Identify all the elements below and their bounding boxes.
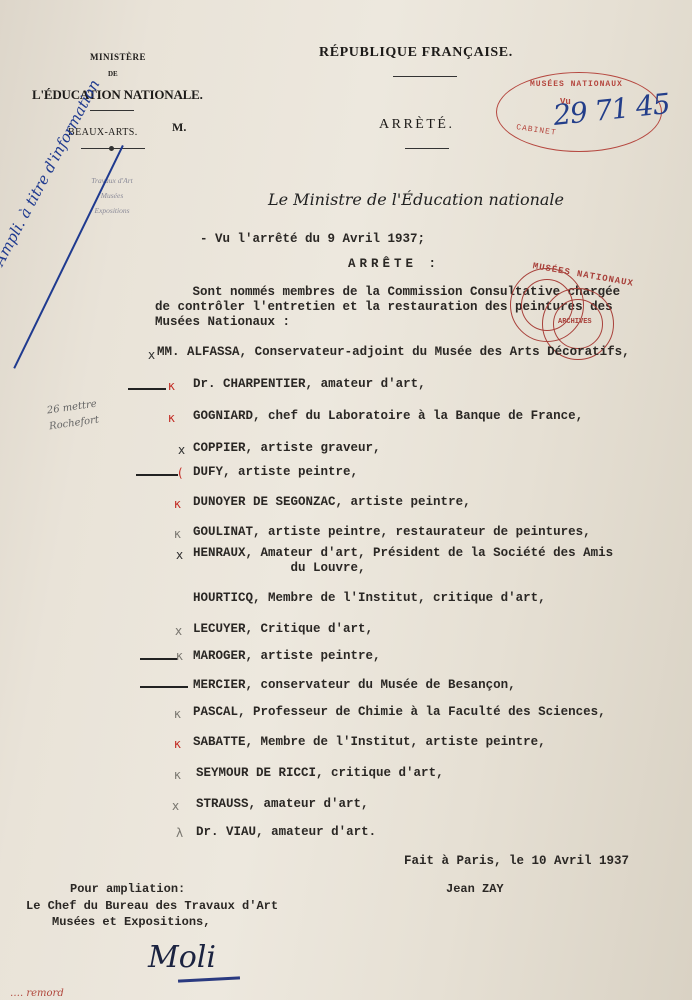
place-date: Fait à Paris, le 10 Avril 1937 (404, 854, 629, 868)
office-stamp-line: Travaux d'Art (67, 173, 157, 188)
received-stamp-top-text: MUSÉES NATIONAUX (530, 80, 623, 89)
member-name: GOGNIARD (193, 409, 253, 423)
member-role: artiste peintre, (238, 465, 358, 479)
office-stamp: Travaux d'Art Musées Expositions (67, 173, 157, 218)
member-row: GOULINAT, artiste peintre, restaurateur … (193, 525, 591, 539)
check-mark-icon: κ (168, 379, 175, 393)
member-name: STRAUSS (196, 797, 249, 811)
minister-heading: Le Ministre de l'Éducation nationale (268, 190, 564, 209)
member-role: artiste peintre, restaurateur de peintur… (268, 525, 591, 539)
member-role: Membre de l'Institut, critique d'art, (268, 591, 546, 605)
member-role: Amateur d'art, Président de la Société d… (193, 546, 613, 575)
member-row: MM. ALFASSA, Conservateur-adjoint du Mus… (157, 345, 630, 359)
check-mark-icon: κ (174, 707, 181, 721)
check-mark-icon: λ (176, 826, 183, 840)
signatory-name: Jean ZAY (446, 882, 504, 896)
member-name: HENRAUX (193, 546, 246, 560)
check-mark-icon: κ (174, 527, 181, 541)
member-name: SEYMOUR DE RICCI (196, 766, 316, 780)
member-name: LECUYER (193, 622, 246, 636)
member-name: MAROGER (193, 649, 246, 663)
handwritten-signature: Moli (148, 940, 216, 975)
member-row: PASCAL, Professeur de Chimie à la Facult… (193, 705, 606, 719)
member-row: MERCIER, conservateur du Musée de Besanç… (193, 678, 516, 692)
signature-underline (178, 976, 240, 982)
member-prefix: MM. (157, 345, 180, 359)
member-role: amateur d'art. (271, 825, 376, 839)
ministry-line-2: DE (108, 70, 118, 78)
ornamental-rule (90, 110, 134, 111)
member-role: Conservateur-adjoint du Musée des Arts D… (255, 345, 630, 359)
member-role: artiste peintre, (351, 495, 471, 509)
member-name: ALFASSA (187, 345, 240, 359)
check-mark-icon: κ (174, 737, 181, 751)
addressee-label: M. (172, 120, 186, 135)
member-name: GOULINAT (193, 525, 253, 539)
ornamental-rule (393, 76, 457, 77)
member-row: DUFY, artiste peintre, (193, 465, 358, 479)
member-row: HENRAUX, Amateur d'art, Président de la … (193, 546, 613, 576)
member-row: MAROGER, artiste peintre, (193, 649, 381, 663)
check-mark-icon: x (175, 624, 182, 638)
member-role: conservateur du Musée de Besançon, (261, 678, 516, 692)
office-stamp-line: Musées (67, 188, 157, 203)
member-role: Membre de l'Institut, artiste peintre, (261, 735, 546, 749)
member-row: Dr. VIAU, amateur d'art. (196, 825, 376, 839)
ornamental-rule (81, 148, 145, 149)
ministry-line-1: MINISTÈRE (90, 52, 146, 62)
check-mark-icon: ( (178, 466, 183, 480)
member-row: GOGNIARD, chef du Laboratoire à la Banqu… (193, 409, 583, 423)
ornamental-rule (405, 148, 449, 149)
check-mark-icon: κ (176, 649, 183, 663)
member-row: SABATTE, Membre de l'Institut, artiste p… (193, 735, 546, 749)
member-name: PASCAL (193, 705, 238, 719)
check-mark-icon: x (176, 548, 183, 562)
arrete-clause: ARRÊTE : (348, 257, 440, 271)
check-mark-icon: x (178, 443, 185, 457)
member-role: amateur d'art, (321, 377, 426, 391)
vu-clause: - Vu l'arrêté du 9 Avril 1937; (200, 232, 425, 246)
handwritten-grey-note: 26 mettre Rochefort (46, 397, 100, 436)
ampliation-line-1: Pour ampliation: (70, 882, 185, 896)
office-stamp-line: Expositions (67, 203, 157, 218)
member-role: critique d'art, (331, 766, 444, 780)
republic-heading: RÉPUBLIQUE FRANÇAISE. (319, 45, 513, 61)
strike-dash (140, 658, 178, 660)
member-name: SABATTE (193, 735, 246, 749)
member-role: amateur d'art, (264, 797, 369, 811)
archive-stamp-label: ARCHIVES (558, 318, 592, 326)
member-row: STRAUSS, amateur d'art, (196, 797, 369, 811)
member-name: MERCIER (193, 678, 246, 692)
member-row: HOURTICQ, Membre de l'Institut, critique… (193, 591, 546, 605)
member-role: artiste graveur, (261, 441, 381, 455)
check-mark-icon: κ (174, 497, 181, 511)
ministry-name: L'ÉDUCATION NATIONALE. (32, 87, 203, 103)
member-role: Critique d'art, (261, 622, 374, 636)
member-role: chef du Laboratoire à la Banque de Franc… (268, 409, 583, 423)
member-row: Dr. CHARPENTIER, amateur d'art, (193, 377, 426, 391)
member-row: LECUYER, Critique d'art, (193, 622, 373, 636)
member-name: VIAU (226, 825, 256, 839)
document-type-heading: ARRÈTÉ. (379, 117, 454, 133)
check-mark-icon: x (148, 348, 155, 362)
strike-dash (128, 388, 166, 390)
ampliation-line-2: Le Chef du Bureau des Travaux d'Art (26, 899, 278, 913)
member-role: artiste peintre, (261, 649, 381, 663)
member-name: CHARPENTIER (223, 377, 306, 391)
handwritten-red-note: …. remord (10, 988, 64, 999)
member-name: HOURTICQ (193, 591, 253, 605)
strike-dash (140, 686, 188, 688)
member-row: SEYMOUR DE RICCI, critique d'art, (196, 766, 444, 780)
member-prefix: Dr. (196, 825, 219, 839)
check-mark-icon: κ (168, 411, 175, 425)
check-mark-icon: κ (174, 768, 181, 782)
member-role: Professeur de Chimie à la Faculté des Sc… (253, 705, 606, 719)
member-name: COPPIER (193, 441, 246, 455)
ampliation-line-3: Musées et Expositions, (52, 915, 210, 929)
member-name: DUFY (193, 465, 223, 479)
check-mark-icon: x (172, 799, 179, 813)
member-row: COPPIER, artiste graveur, (193, 441, 381, 455)
member-prefix: Dr. (193, 377, 216, 391)
member-name: DUNOYER DE SEGONZAC (193, 495, 336, 509)
member-row: DUNOYER DE SEGONZAC, artiste peintre, (193, 495, 471, 509)
strike-dash (136, 474, 178, 476)
